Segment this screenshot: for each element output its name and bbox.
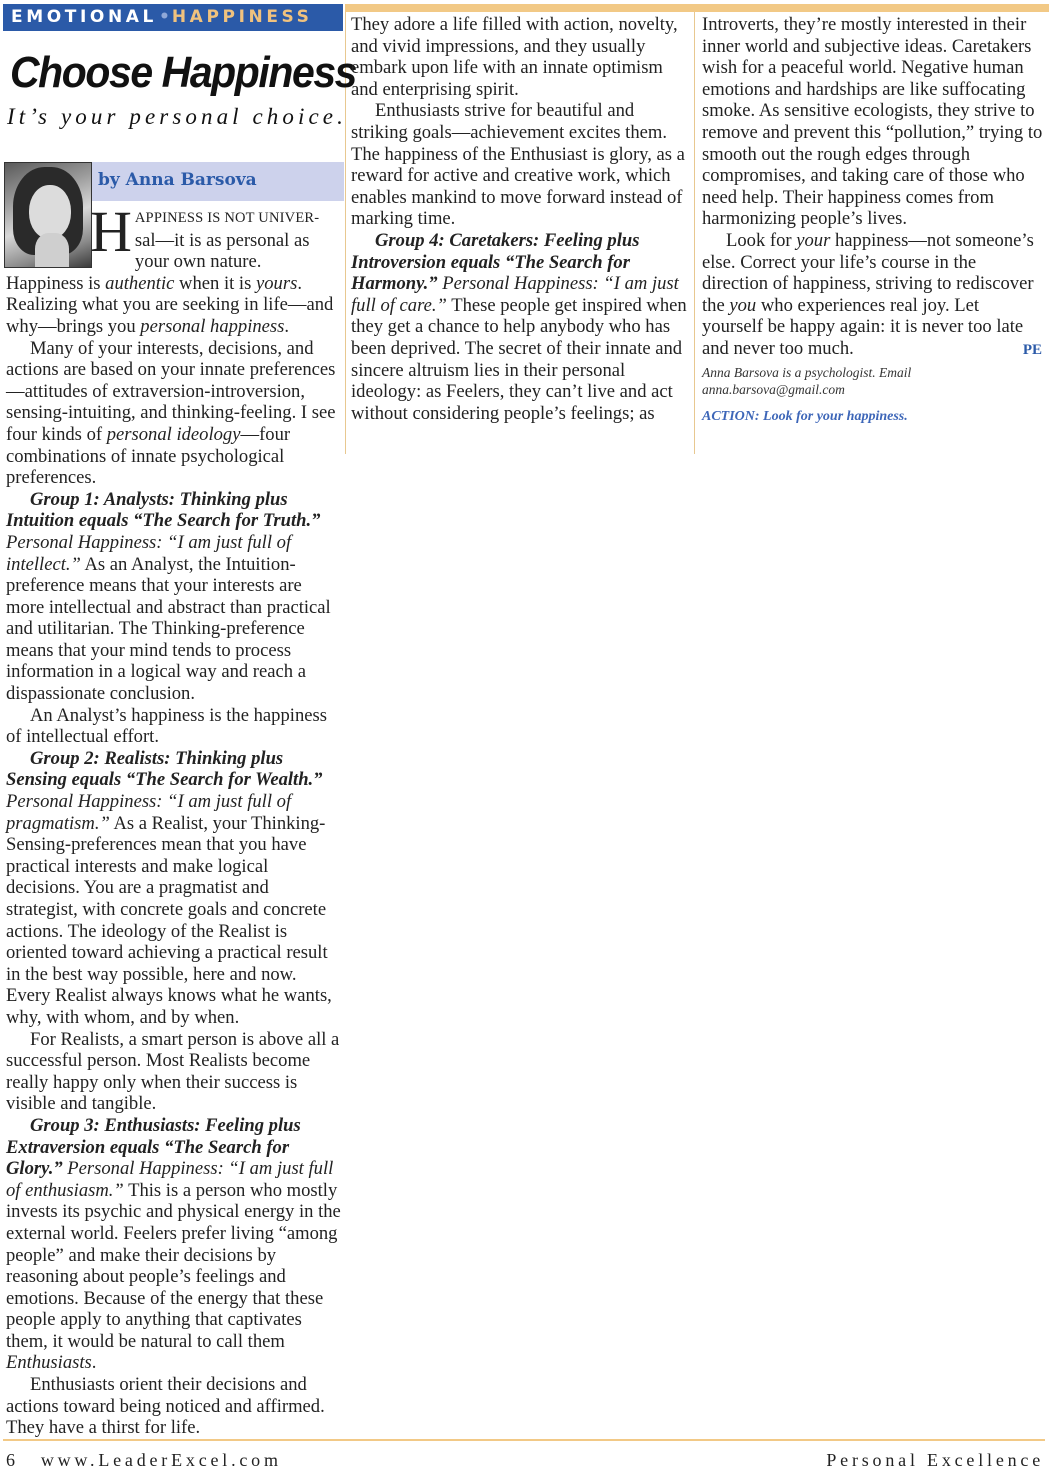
group-4-paragraph: Group 4: Caretakers: Feeling plus Introv… (351, 230, 691, 424)
page-number: 6 (6, 1450, 19, 1470)
end-mark: PE (999, 340, 1042, 362)
footer-rule (3, 1439, 1045, 1441)
column-3: Introverts, they’re mostly interested in… (702, 14, 1044, 427)
column-3-continuation: Introverts, they’re mostly interested in… (702, 14, 1044, 230)
section-kicker: EMOTIONAL•HAPPINESS (11, 7, 312, 27)
closing-paragraph: Look for your happiness—not someone’s el… (702, 230, 1044, 360)
publication-name: Personal Excellence (826, 1450, 1044, 1471)
column-1-text: HAPPINESS IS NOT UNIVER- sal—it is as pe… (6, 206, 342, 1439)
top-rule (345, 4, 1049, 12)
article-title: Choose Happiness (10, 48, 356, 98)
author-bio: Anna Barsova is a psychologist. Email an… (702, 364, 1044, 398)
dropcap-letter: H (90, 209, 132, 255)
action-callout: ACTION: Look for your happiness. (702, 406, 1044, 428)
section-label: EMOTIONAL (11, 7, 157, 27)
lead-paragraph-text: HAPPINESS IS NOT UNIVER- sal—it is as pe… (6, 206, 342, 338)
bullet-separator-icon: • (159, 7, 170, 27)
group-3-paragraph-3: Enthusiasts strive for beautiful and str… (351, 100, 691, 230)
group-1-paragraph-2: An Analyst’s happiness is the happiness … (6, 705, 342, 748)
section-kicker-band: EMOTIONAL•HAPPINESS (3, 4, 343, 31)
group-3-paragraph: Group 3: Enthusiasts: Feeling plus Extra… (6, 1115, 342, 1374)
paragraph-preferences: Many of your interests, decisions, and a… (6, 338, 342, 489)
column-2-continuation: They adore a life filled with action, no… (351, 14, 691, 100)
author-byline: by Anna Barsova (98, 170, 257, 190)
group-1-paragraph: Group 1: Analysts: Thinking plus Intuiti… (6, 489, 342, 705)
group-2-heading: Group 2: Realists: Thinking plus Sensing… (6, 748, 322, 791)
group-3-paragraph-2: Enthusiasts orient their decisions and a… (6, 1374, 342, 1439)
footer-website-link[interactable]: www.LeaderExcel.com (41, 1450, 282, 1470)
column-divider-3 (694, 12, 695, 454)
lead-smallcaps: APPINESS IS NOT UNIVER- (135, 210, 319, 226)
article-subtitle: It’s your personal choice. (7, 104, 347, 130)
byline-band: by Anna Barsova (92, 162, 344, 201)
group-2-paragraph: Group 2: Realists: Thinking plus Sensing… (6, 748, 342, 1029)
footer-left: 6www.LeaderExcel.com (6, 1450, 282, 1471)
group-2-paragraph-2: For Realists, a smart person is above al… (6, 1029, 342, 1115)
subsection-label: HAPPINESS (172, 7, 313, 27)
column-2: They adore a life filled with action, no… (351, 14, 691, 424)
group-1-heading: Group 1: Analysts: Thinking plus Intuiti… (6, 489, 320, 532)
